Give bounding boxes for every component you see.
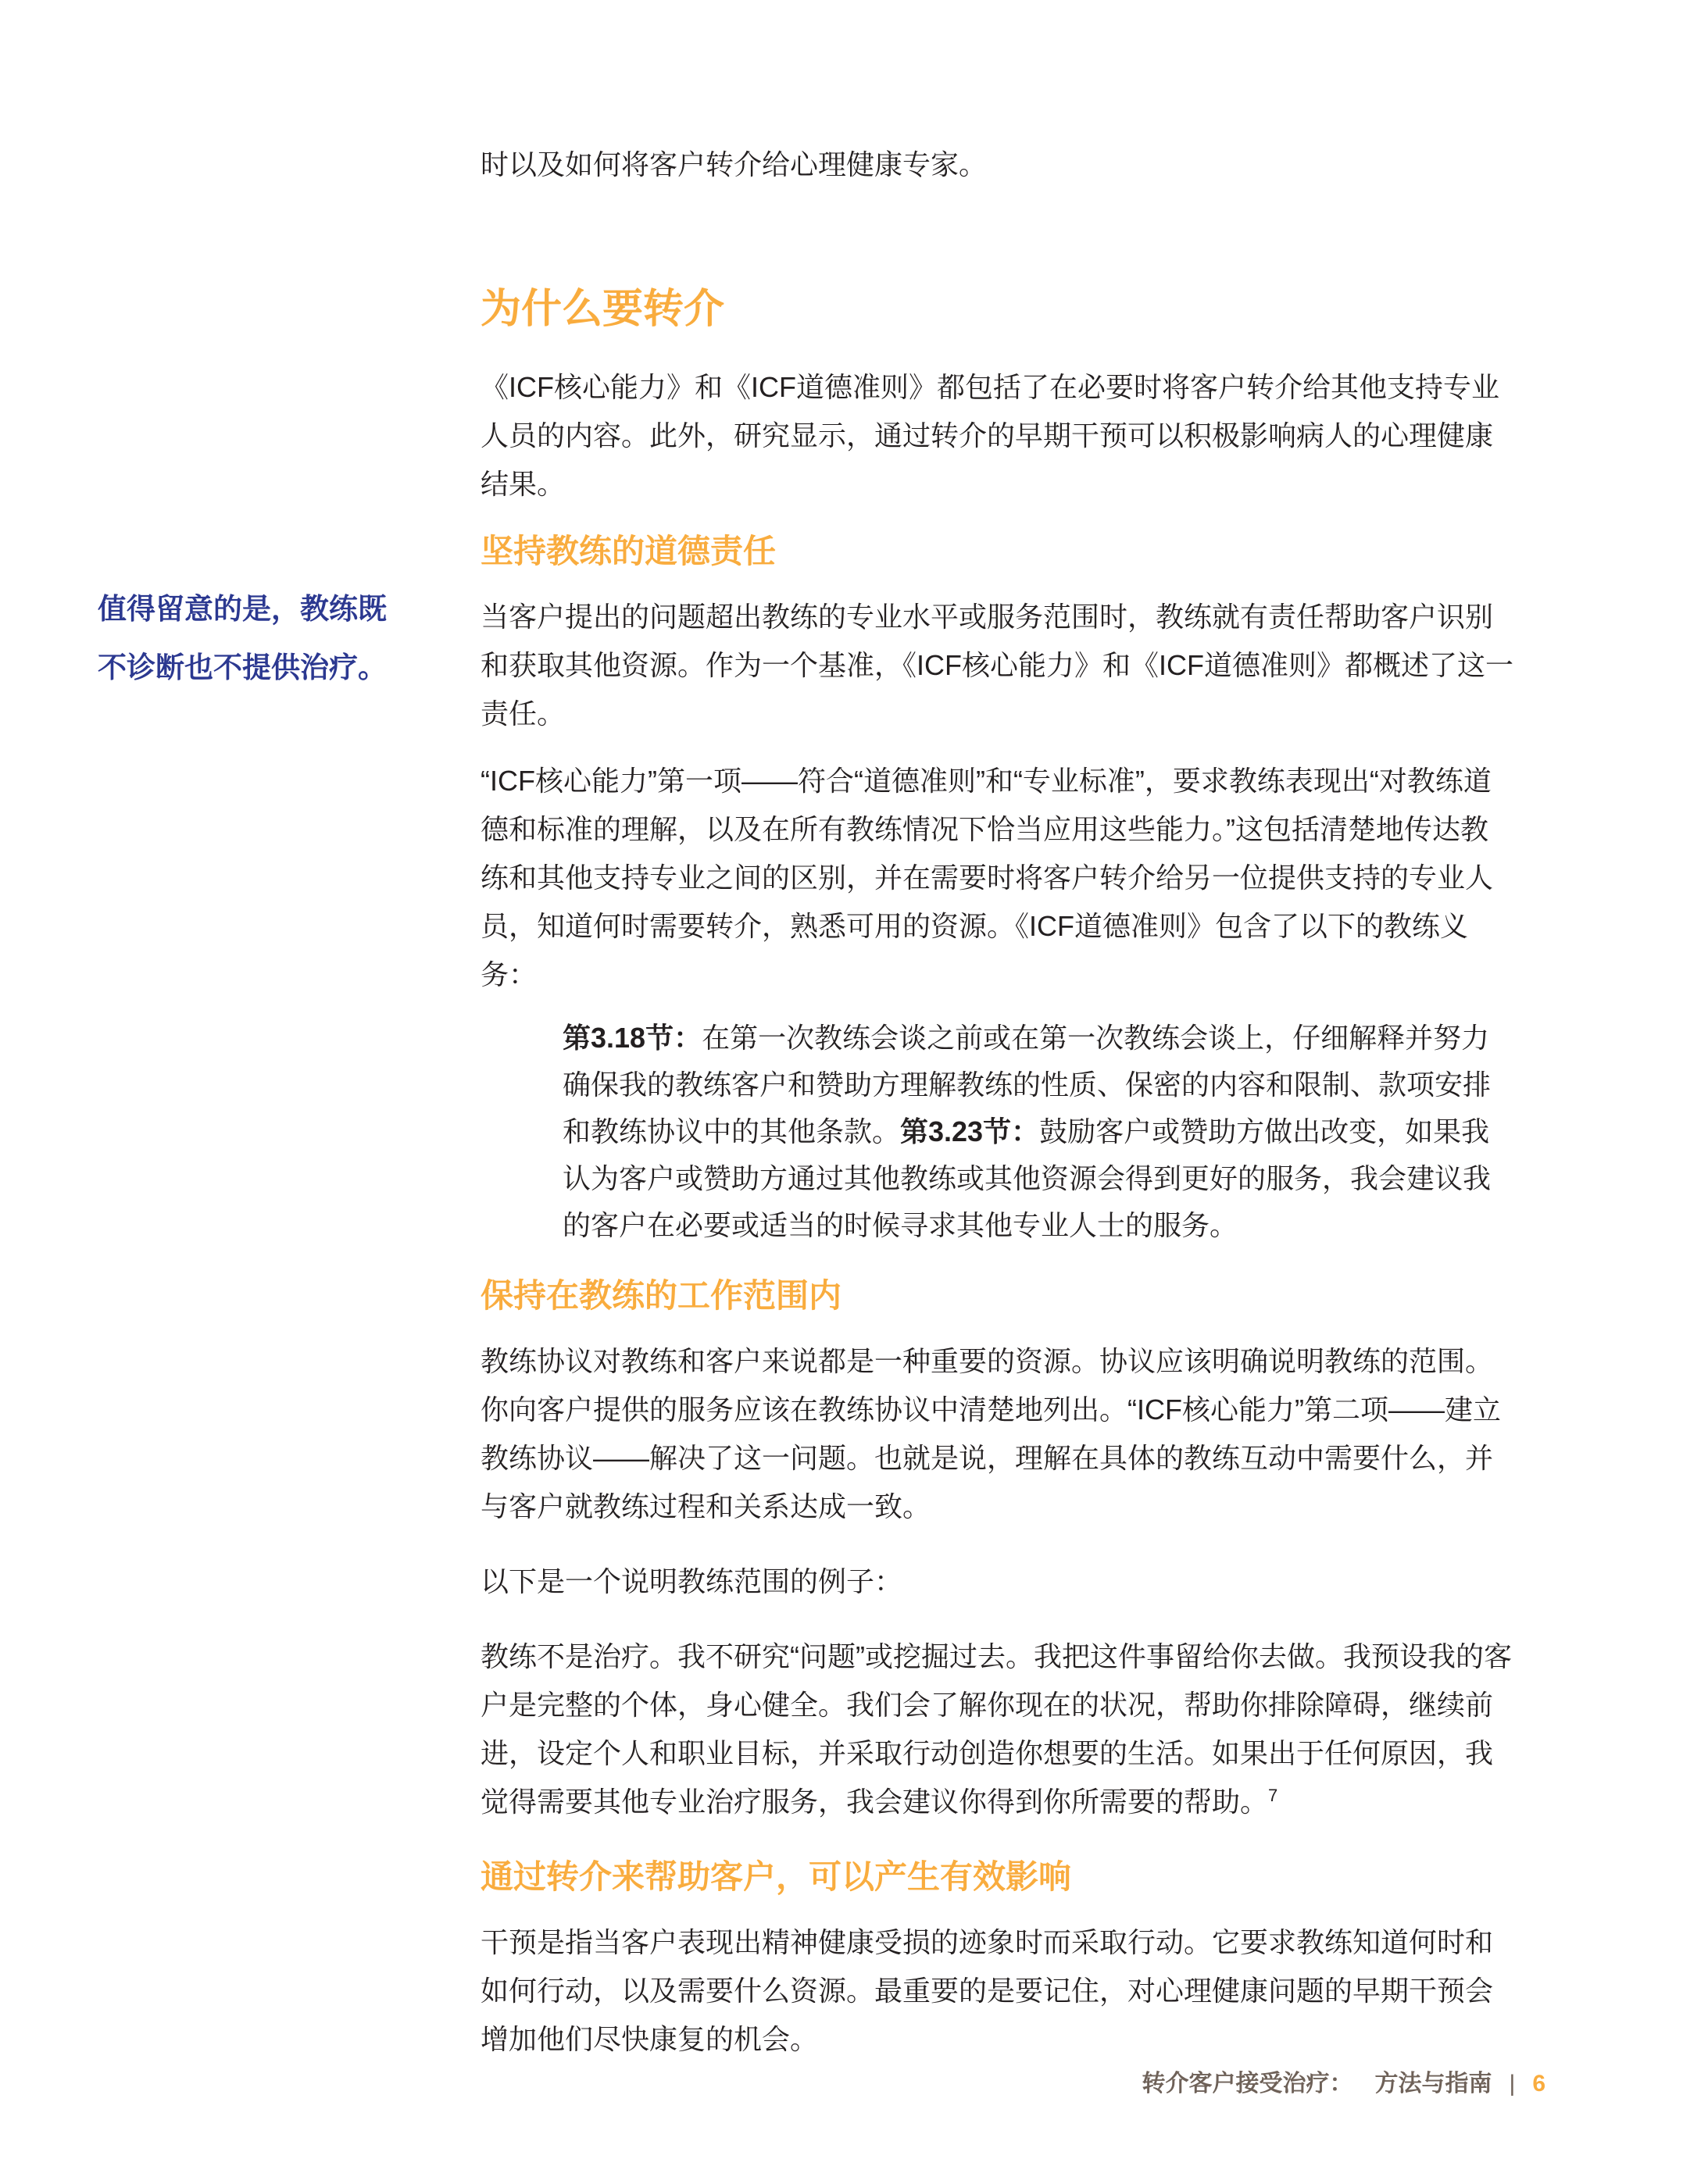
- page-number: 6: [1532, 2071, 1545, 2097]
- footer-doc-subtitle: 方法与指南: [1375, 2071, 1492, 2097]
- quote-section-number: 第3.18节：: [563, 1022, 702, 1054]
- paragraph-why-refer: 《ICF核心能力》和《ICF道德准则》都包括了在必要时将客户转介给其他支持专业人…: [481, 363, 1513, 509]
- page-footer: 转介客户接受治疗：方法与指南|6: [1142, 2070, 1545, 2098]
- footer-separator: |: [1510, 2071, 1516, 2097]
- paragraph-scope-1: 教练协议对教练和客户来说都是一种重要的资源。协议应该明确说明教练的范围。你向客户…: [481, 1337, 1513, 1531]
- margin-note: 值得留意的是，教练既不诊断也不提供治疗。: [98, 580, 410, 697]
- document-page: 值得留意的是，教练既不诊断也不提供治疗。 时以及如何将客户转介给心理健康专家。 …: [0, 0, 1683, 2184]
- footnote-reference: 7: [1268, 1786, 1277, 1805]
- example-text: 教练不是治疗。我不研究“问题”或挖掘过去。我把这件事留给你去做。我预设我的客户是…: [481, 1640, 1512, 1818]
- subheading-scope-of-coaching: 保持在教练的工作范围内: [481, 1276, 1513, 1315]
- ethics-code-quote: 第3.18节：在第一次教练会谈之前或在第一次教练会谈上，仔细解释并努力确保我的教…: [563, 1015, 1513, 1249]
- main-text-column: 时以及如何将客户转介给心理健康专家。 为什么要转介 《ICF核心能力》和《ICF…: [481, 0, 1513, 2064]
- quote-section-number: 第3.23节：: [900, 1115, 1039, 1147]
- footer-doc-title: 转介客户接受治疗：: [1142, 2071, 1353, 2097]
- carryover-paragraph: 时以及如何将客户转介给心理健康专家。: [481, 141, 1513, 189]
- subheading-ethical-duty: 坚持教练的道德责任: [481, 532, 1513, 571]
- paragraph-example-intro: 以下是一个说明教练范围的例子：: [481, 1558, 1513, 1606]
- paragraph-impact: 干预是指当客户表现出精神健康受损的迹象时而采取行动。它要求教练知道何时和如何行动…: [481, 1918, 1513, 2064]
- paragraph-example: 教练不是治疗。我不研究“问题”或挖掘过去。我把这件事留给你去做。我预设我的客户是…: [481, 1633, 1513, 1826]
- paragraph-ethical-duty-2: “ICF核心能力”第一项——符合“道德准则”和“专业标准”，要求教练表现出“对教…: [481, 757, 1513, 999]
- section-heading-why-refer: 为什么要转介: [481, 287, 1513, 332]
- paragraph-ethical-duty-1: 当客户提出的问题超出教练的专业水平或服务范围时，教练就有责任帮助客户识别和获取其…: [481, 593, 1513, 738]
- subheading-impact-of-referral: 通过转介来帮助客户，可以产生有效影响: [481, 1857, 1513, 1897]
